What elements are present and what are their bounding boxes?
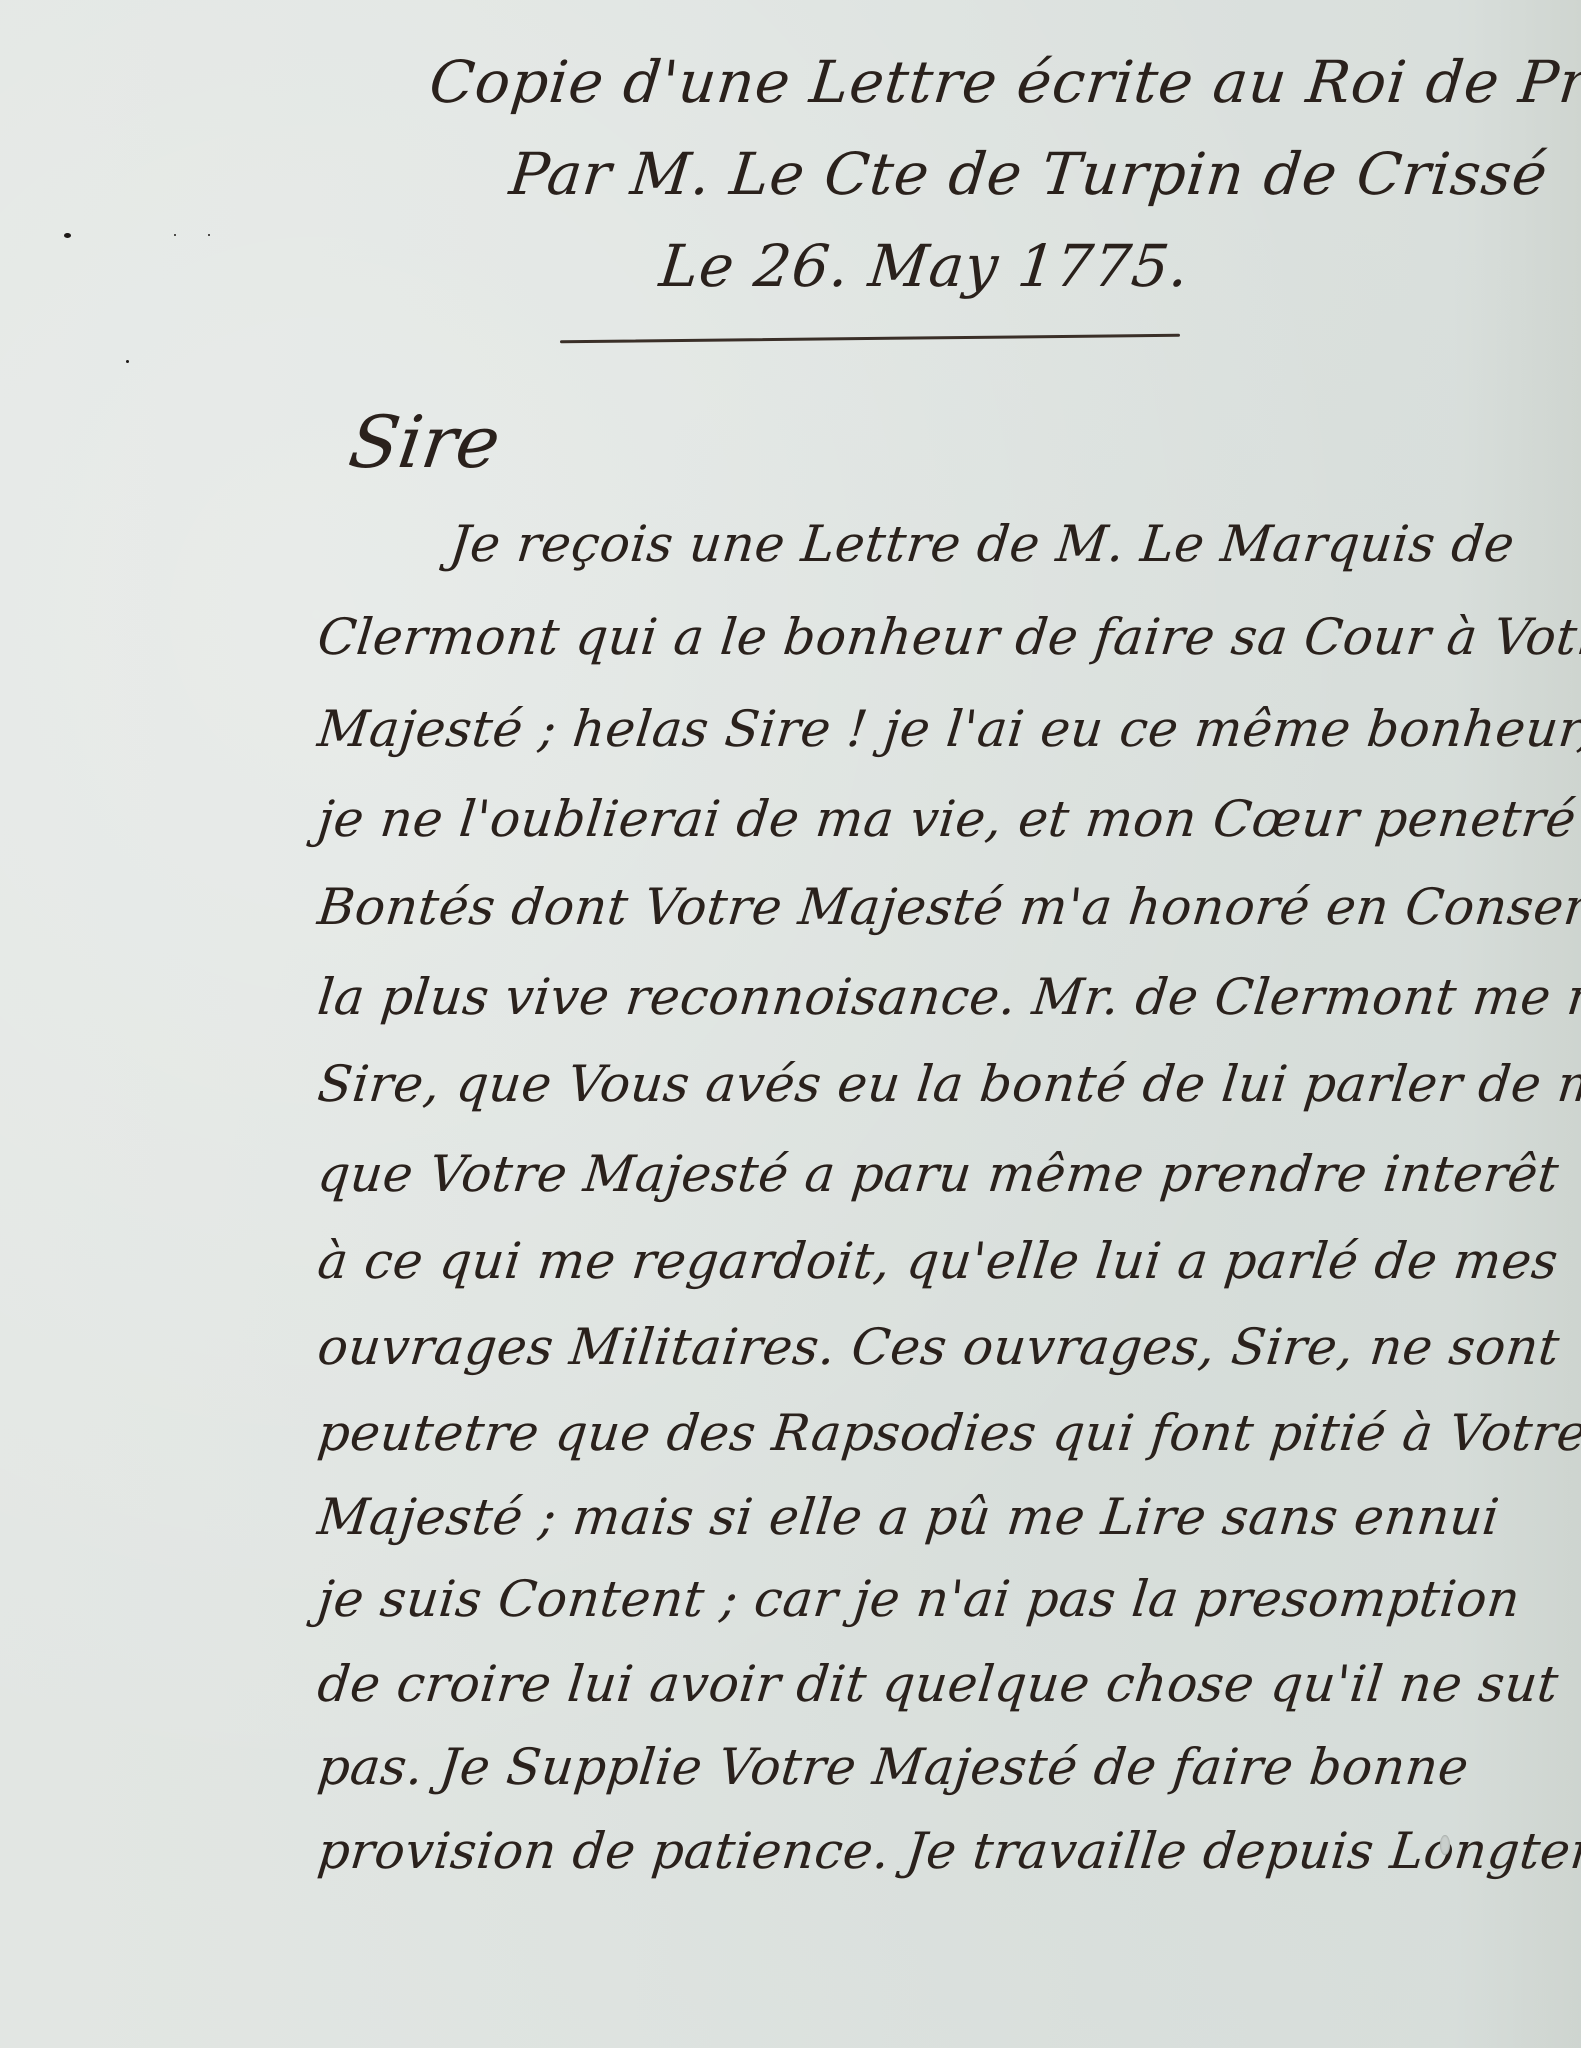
body-line: Bontés dont Votre Majesté m'a honoré en …	[315, 878, 1581, 936]
salutation: Sire	[344, 400, 505, 484]
body-line: ouvrages Militaires. Ces ouvrages, Sire,…	[315, 1318, 1562, 1376]
body-line: Majesté ; mais si elle a pû me Lire sans…	[315, 1488, 1502, 1546]
body-line: provision de patience. Je travaille depu…	[315, 1822, 1581, 1880]
body-line: Clermont qui a le bonheur de faire sa Co…	[315, 608, 1581, 666]
body-line: à ce qui me regardoit, qu'elle lui a par…	[315, 1232, 1561, 1290]
manuscript-page: Copie d'une Lettre écrite au Roi de Prus…	[0, 0, 1581, 2048]
body-line: Je reçois une Lettre de M. Le Marquis de	[447, 515, 1517, 573]
body-line: la plus vive reconnoisance. Mr. de Clerm…	[315, 968, 1581, 1026]
body-line: Sire, que Vous avés eu la bonté de lui p…	[315, 1055, 1581, 1113]
body-line: je ne l'oublierai de ma vie, et mon Cœur…	[315, 790, 1581, 848]
ink-speck	[208, 234, 210, 236]
heading-date: Le 26. May 1775.	[656, 232, 1192, 300]
ink-speck	[126, 360, 129, 363]
ink-speck	[174, 234, 176, 236]
body-line: peutetre que des Rapsodies qui font piti…	[315, 1404, 1581, 1462]
ink-speck	[64, 233, 71, 238]
body-line: que Votre Majesté a paru même prendre in…	[315, 1145, 1562, 1203]
heading-title: Copie d'une Lettre écrite au Roi de Prus…	[426, 48, 1581, 116]
body-line: je suis Content ; car je n'ai pas la pre…	[315, 1570, 1523, 1628]
heading-underline	[560, 334, 1180, 343]
heading-author: Par M. Le Cte de Turpin de Crissé	[506, 140, 1551, 208]
body-line: de croire lui avoir dit quelque chose qu…	[315, 1655, 1561, 1713]
paper-hole	[1440, 1835, 1450, 1855]
body-line: pas. Je Supplie Votre Majesté de faire b…	[315, 1738, 1472, 1796]
body-line: Majesté ; helas Sire ! je l'ai eu ce mêm…	[315, 700, 1581, 758]
